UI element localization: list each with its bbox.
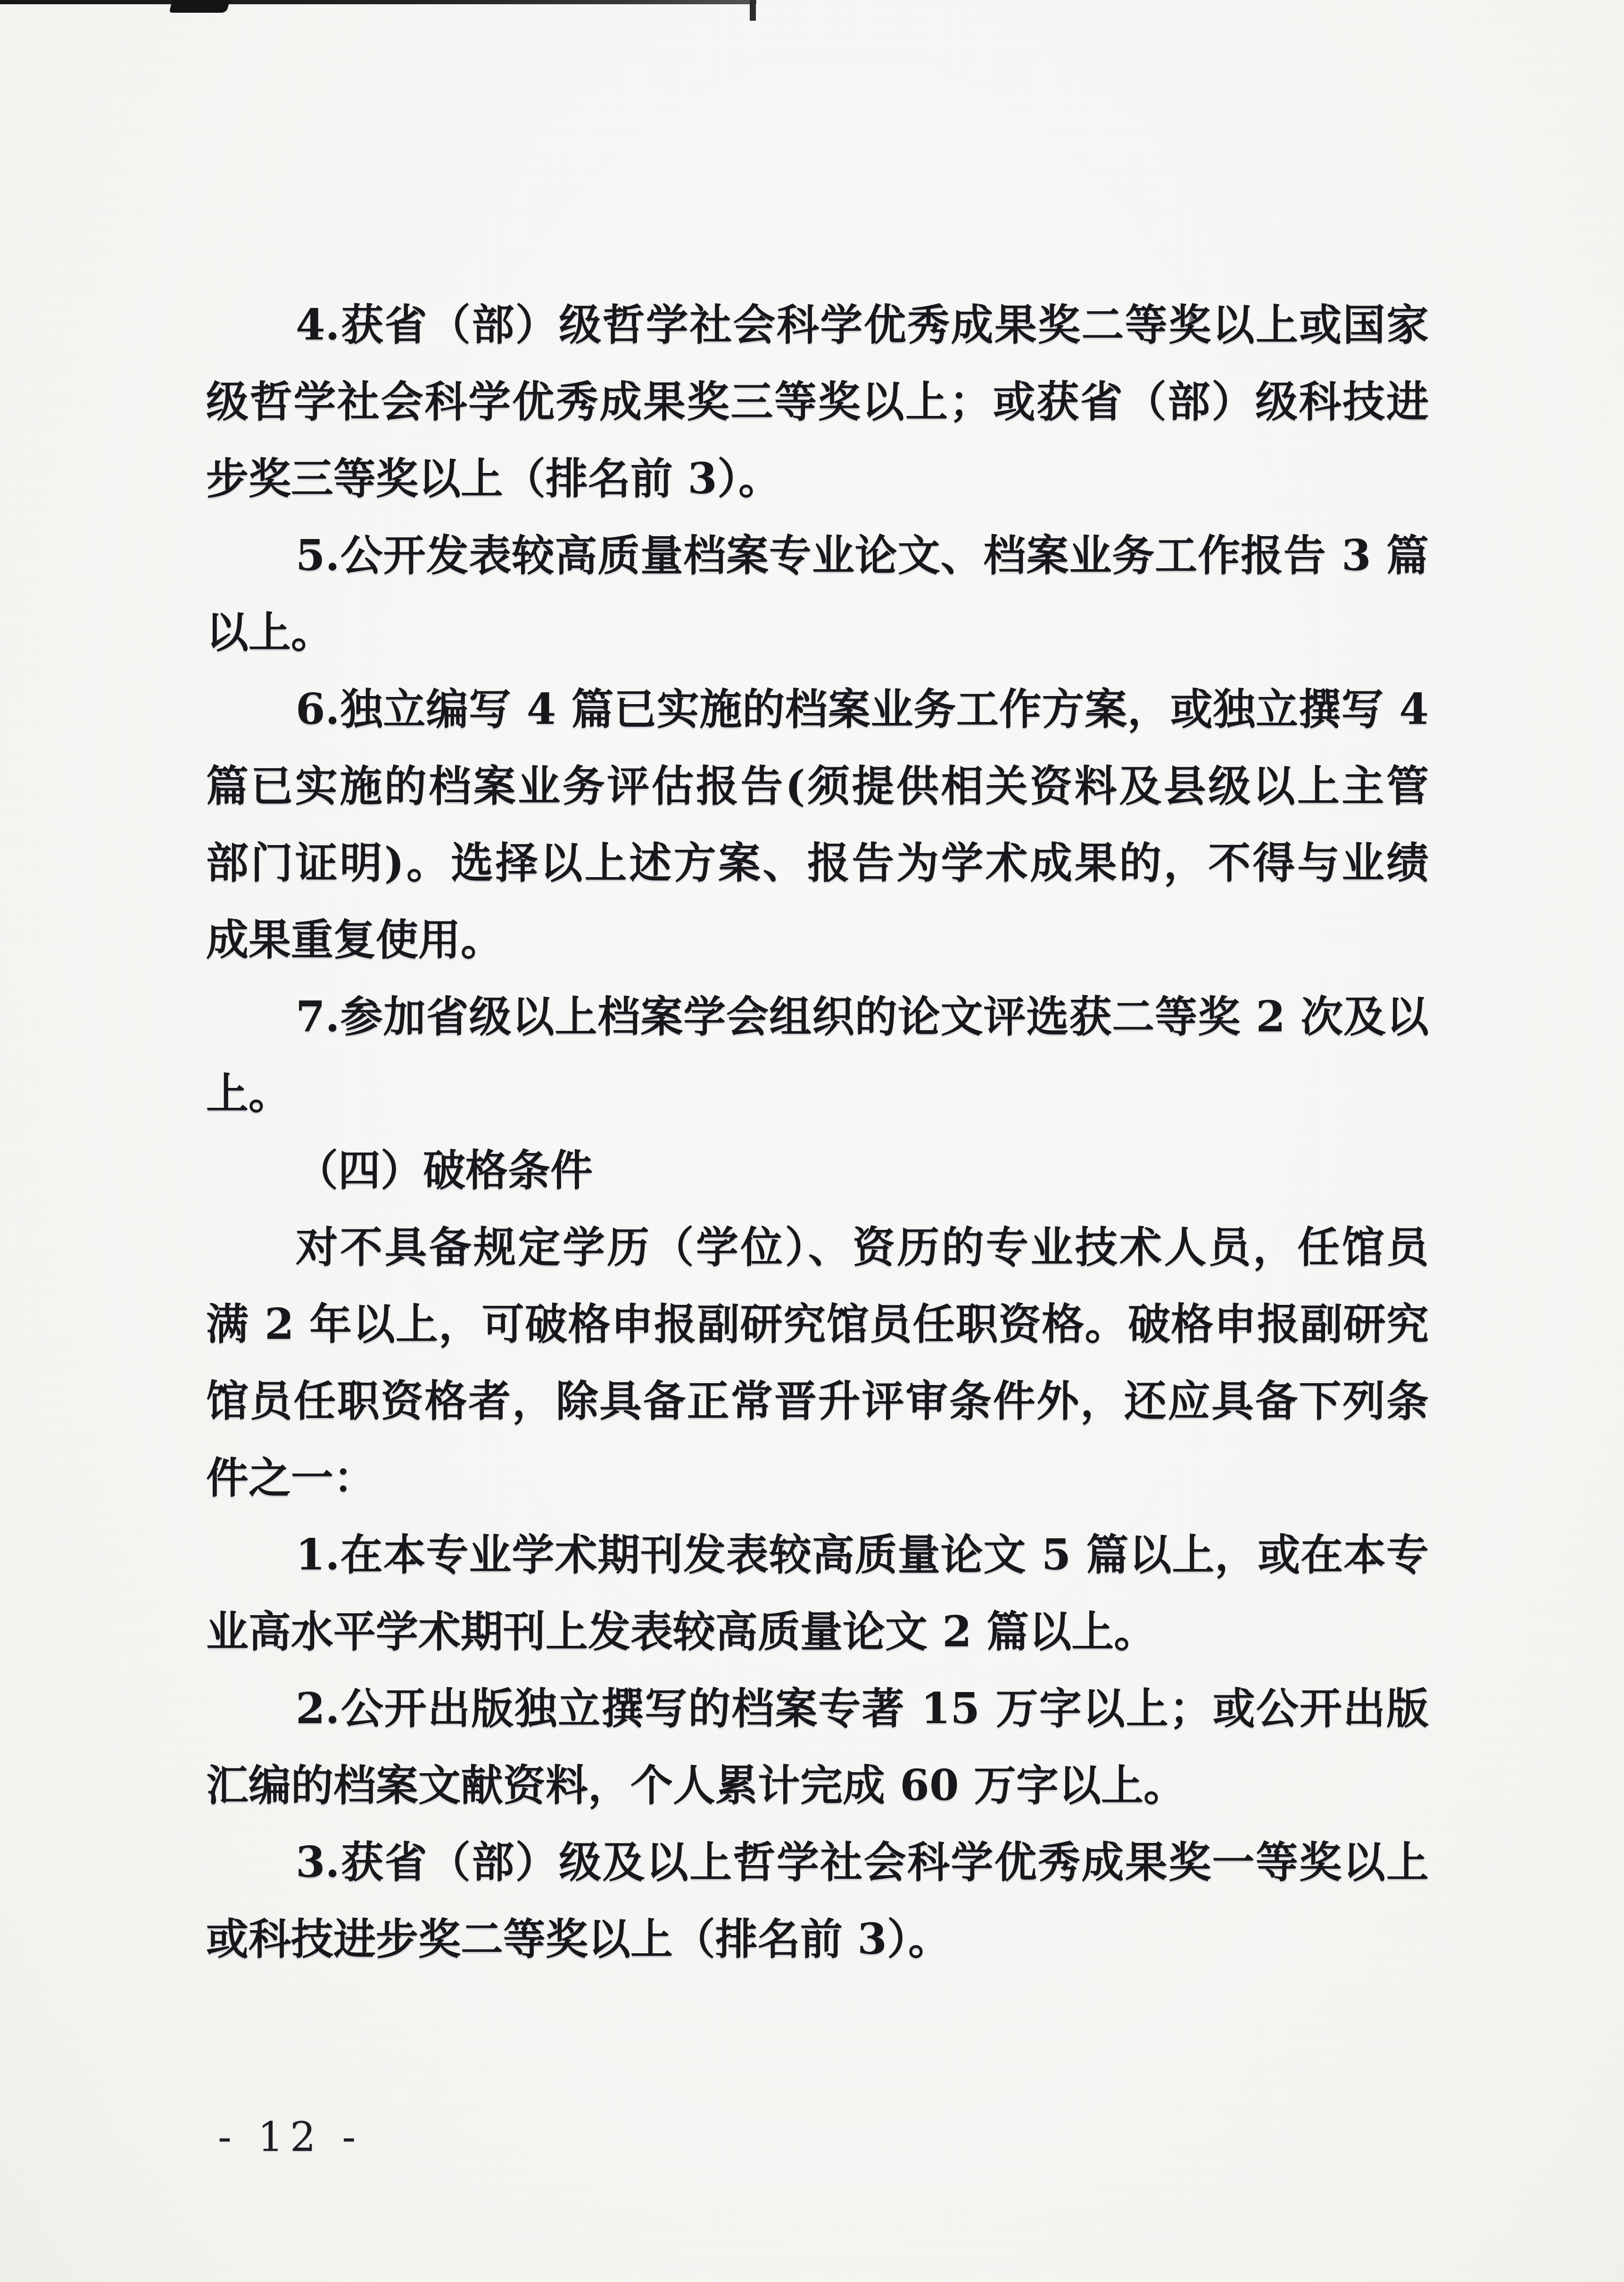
document-line: 上。 [206, 1055, 1429, 1132]
document-line: 篇已实施的档案业务评估报告(须提供相关资料及县级以上主管 [206, 748, 1429, 825]
document-line: 步奖三等奖以上（排名前 3）。 [206, 440, 1429, 517]
document-line: 2.公开出版独立撰写的档案专著 15 万字以上；或公开出版 [206, 1670, 1429, 1747]
document-line: 汇编的档案文献资料，个人累计完成 60 万字以上。 [206, 1747, 1429, 1824]
document-line: 对不具备规定学历（学位）、资历的专业技术人员，任馆员 [206, 1209, 1429, 1286]
document-line: 1.在本专业学术期刊发表较高质量论文 5 篇以上，或在本专 [206, 1517, 1429, 1593]
document-line: 以上。 [206, 594, 1429, 671]
document-line: 件之一： [206, 1440, 1429, 1517]
document-line: 部门证明)。选择以上述方案、报告为学术成果的，不得与业绩 [206, 825, 1429, 902]
document-line: 满 2 年以上，可破格申报副研究馆员任职资格。破格申报副研究 [206, 1286, 1429, 1363]
scanned-page: 4.获省（部）级哲学社会科学优秀成果奖二等奖以上或国家级哲学社会科学优秀成果奖三… [0, 0, 1624, 2282]
scan-artifact-blob [169, 0, 230, 13]
document-line: 7.参加省级以上档案学会组织的论文评选获二等奖 2 次及以 [206, 979, 1429, 1055]
document-body: 4.获省（部）级哲学社会科学优秀成果奖二等奖以上或国家级哲学社会科学优秀成果奖三… [206, 287, 1429, 1978]
document-line: 级哲学社会科学优秀成果奖三等奖以上；或获省（部）级科技进 [206, 364, 1429, 440]
document-line: （四）破格条件 [206, 1132, 1429, 1209]
page-number: - 12 - [218, 2104, 362, 2170]
document-line: 成果重复使用。 [206, 902, 1429, 979]
scan-artifact-tick [750, 0, 756, 21]
document-line: 3.获省（部）级及以上哲学社会科学优秀成果奖一等奖以上 [206, 1824, 1429, 1901]
document-line: 业高水平学术期刊上发表较高质量论文 2 篇以上。 [206, 1593, 1429, 1670]
document-line: 5.公开发表较高质量档案专业论文、档案业务工作报告 3 篇 [206, 517, 1429, 594]
document-line: 馆员任职资格者，除具备正常晋升评审条件外，还应具备下列条 [206, 1363, 1429, 1440]
scan-artifact-top-edge [0, 0, 756, 4]
document-line: 6.独立编写 4 篇已实施的档案业务工作方案，或独立撰写 4 [206, 671, 1429, 748]
document-line: 或科技进步奖二等奖以上（排名前 3）。 [206, 1901, 1429, 1978]
document-line: 4.获省（部）级哲学社会科学优秀成果奖二等奖以上或国家 [206, 287, 1429, 364]
